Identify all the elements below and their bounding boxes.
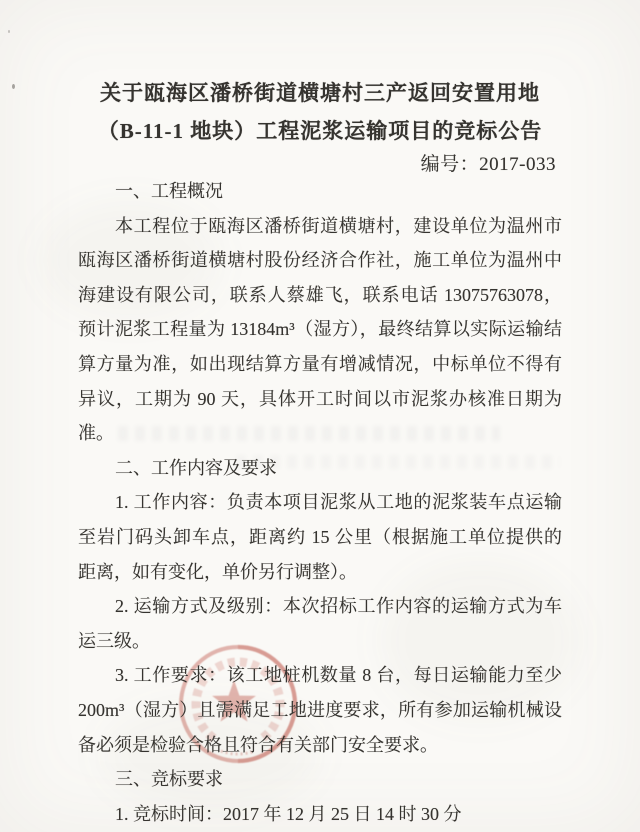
document-title-line2: （B-11-1 地块）工程泥浆运输项目的竞标公告 (60, 112, 580, 150)
body-line: 预计泥浆工程量为 13184m³（湿方），最终结算以实际运输结 (78, 312, 562, 347)
section-heading-1: 一、工程概况 (78, 174, 562, 209)
body-line: 运三级。 (78, 624, 562, 659)
document-title: 关于瓯海区潘桥街道横塘村三产返回安置用地 （B-11-1 地块）工程泥浆运输项目… (60, 74, 580, 150)
section-heading-3: 三、竞标要求 (78, 762, 562, 797)
body-line: 200m³（湿方）且需满足工地进度要求，所有参加运输机械设 (78, 693, 562, 728)
document-title-line1: 关于瓯海区潘桥街道横塘村三产返回安置用地 (60, 74, 580, 112)
body-line: 距离，如有变化，单价另行调整）。 (78, 555, 562, 590)
scan-speck (8, 30, 10, 33)
body-line: 海建设有限公司，联系人蔡雄飞，联系电话 13075763078， (78, 278, 562, 313)
section-heading-2: 二、工作内容及要求 (78, 451, 562, 486)
body-line: 2. 运输方式及级别：本次招标工作内容的运输方式为车 (78, 589, 562, 624)
document-number: 编号：2017-033 (421, 149, 556, 176)
body-line: 至岩门码头卸车点，距离约 15 公里（根据施工单位提供的 (78, 520, 562, 555)
body-line: 1. 竞标时间：2017 年 12 月 25 日 14 时 30 分 (78, 797, 562, 832)
body-line: 备必须是检验合格且符合有关部门安全要求。 (78, 728, 562, 763)
body-line: 瓯海区潘桥街道横塘村股份经济合作社，施工单位为温州中 (78, 243, 562, 278)
body-line: 准。 (78, 416, 562, 451)
document-page: 关于瓯海区潘桥街道横塘村三产返回安置用地 （B-11-1 地块）工程泥浆运输项目… (0, 0, 640, 832)
body-line: 1. 工作内容：负责本项目泥浆从工地的泥浆装车点运输 (78, 485, 562, 520)
body-line: 算方量为准，如出现结算方量有增减情况，中标单位不得有 (78, 347, 562, 382)
body-line: 3. 工作要求：该工地桩机数量 8 台，每日运输能力至少 (78, 658, 562, 693)
scan-speck (12, 84, 15, 89)
document-body: 一、工程概况 本工程位于瓯海区潘桥街道横塘村，建设单位为温州市 瓯海区潘桥街道横… (78, 174, 562, 831)
body-line: 异议，工期为 90 天，具体开工时间以市泥浆办核准日期为 (78, 382, 562, 417)
body-line: 本工程位于瓯海区潘桥街道横塘村，建设单位为温州市 (78, 209, 562, 244)
